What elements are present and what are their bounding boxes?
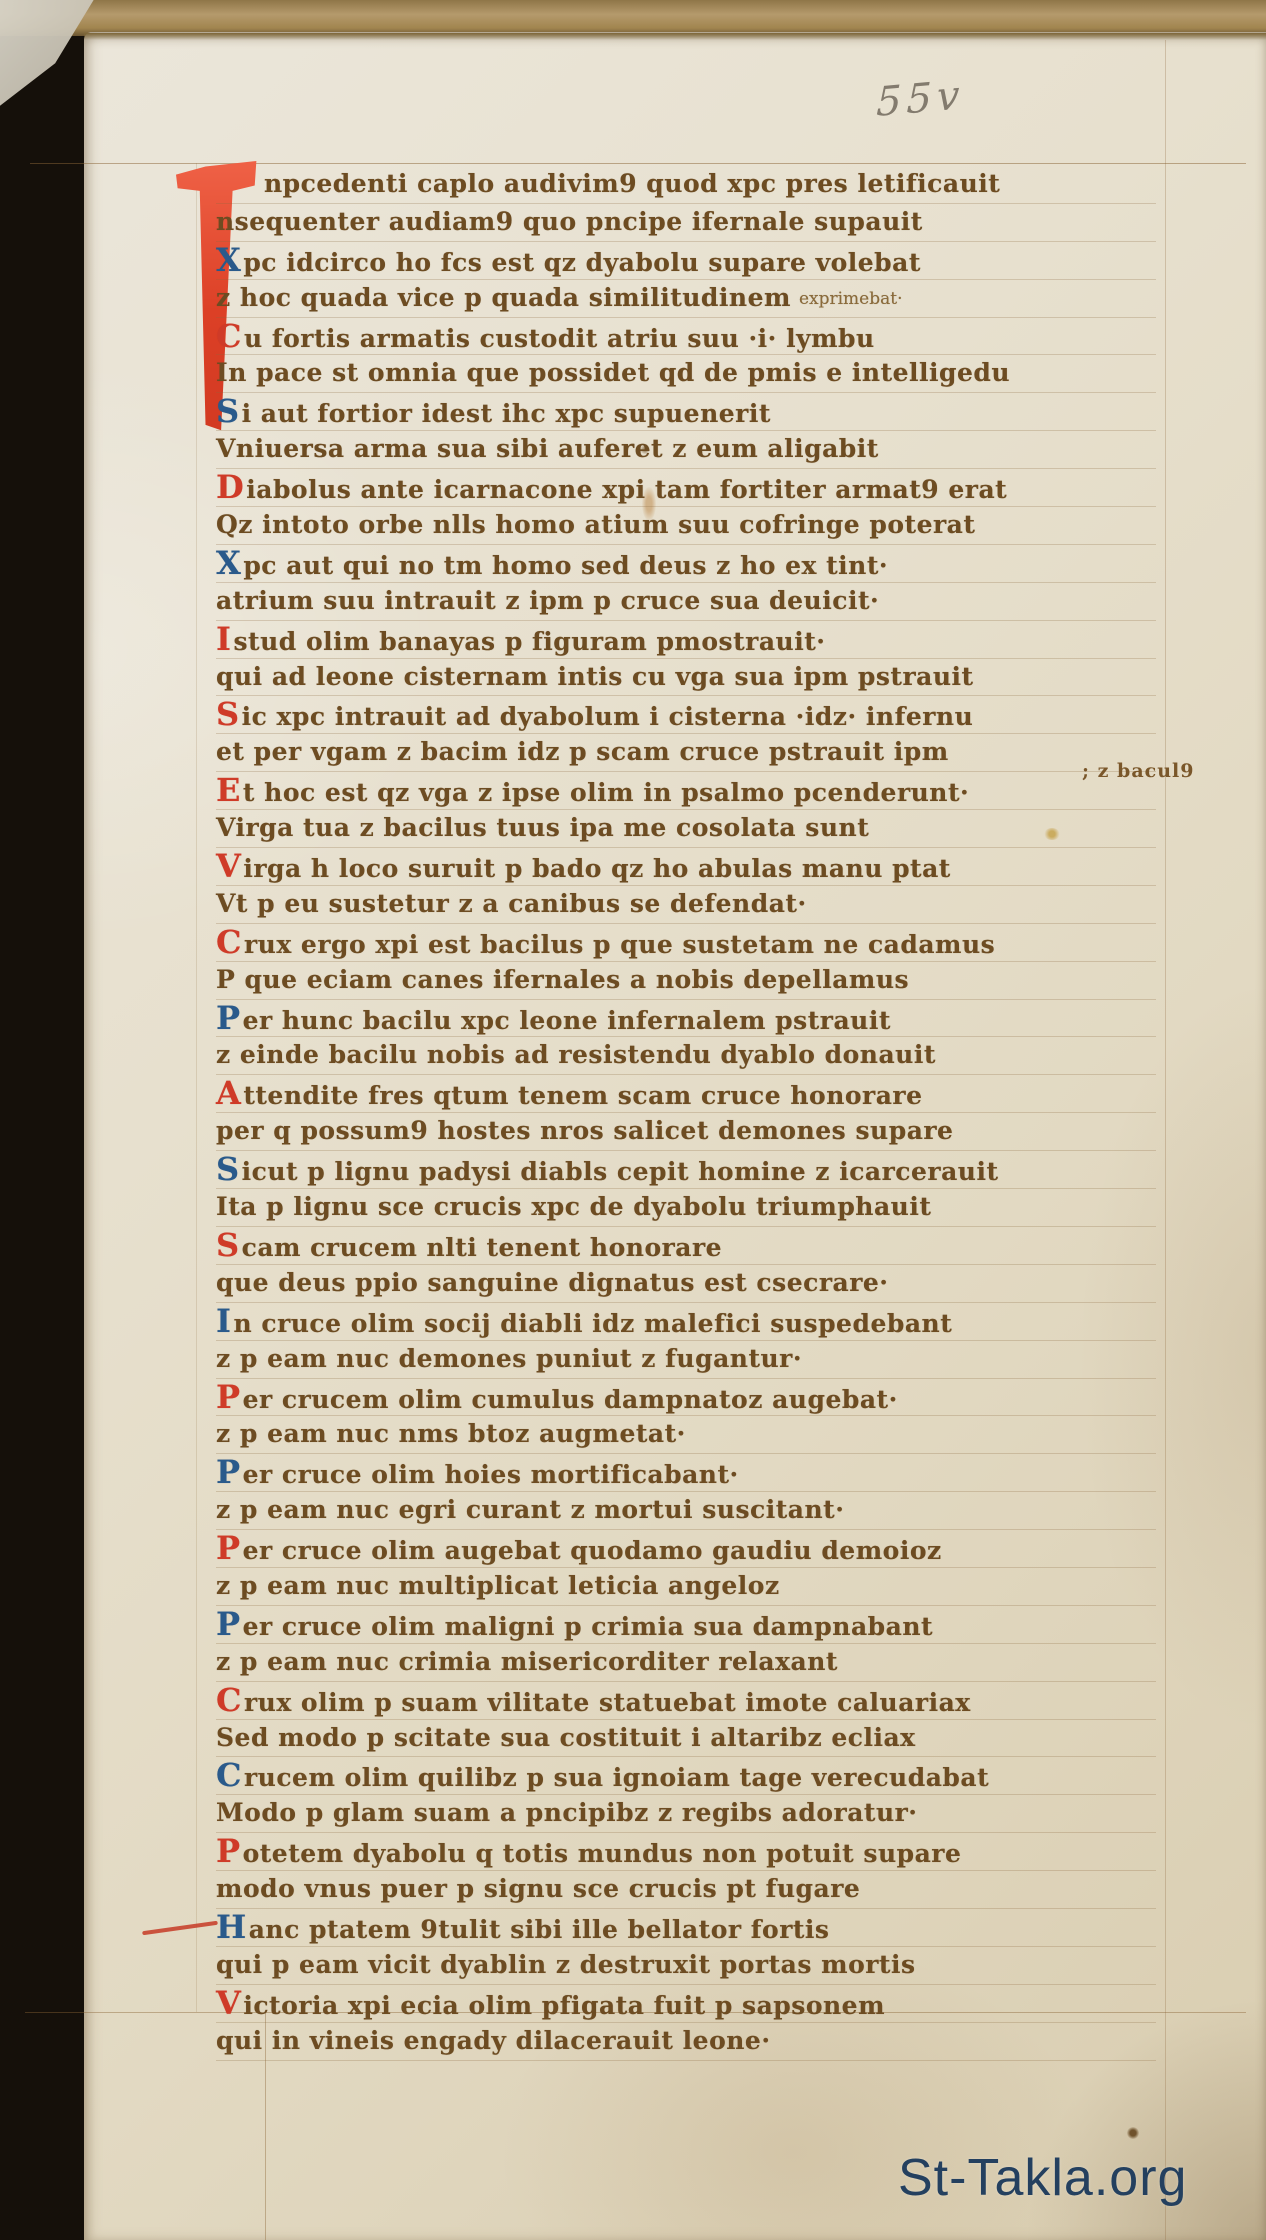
red-initial-letter: E xyxy=(216,771,241,809)
line-text: qui in vineis engady dilacerauit leone· xyxy=(216,2026,771,2055)
blue-initial-letter: C xyxy=(216,1756,242,1794)
manuscript-line: Victoria xpi ecia olim pfigata fuit p sa… xyxy=(216,1985,1156,2023)
manuscript-line: z p eam nuc nms btoz augmetat· xyxy=(216,1416,1156,1454)
manuscript-line: P que eciam canes ifernales a nobis depe… xyxy=(216,962,1156,1000)
red-initial-letter: C xyxy=(216,317,242,355)
manuscript-line: qui in vineis engady dilacerauit leone· xyxy=(216,2023,1156,2061)
line-text: P que eciam canes ifernales a nobis depe… xyxy=(216,965,909,994)
line-text: i aut fortior idest ihc xpc supuenerit xyxy=(242,399,771,428)
red-initial-letter: P xyxy=(216,1832,241,1870)
blue-initial-letter: H xyxy=(216,1908,247,1946)
manuscript-line: z p eam nuc egri curant z mortui suscita… xyxy=(216,1492,1156,1530)
manuscript-line: modo vnus puer p signu sce crucis pt fug… xyxy=(216,1871,1156,1909)
line-text: z p eam nuc nms btoz augmetat· xyxy=(216,1419,686,1448)
manuscript-line: z hoc quada vice p quada similitudinemex… xyxy=(216,280,1156,318)
manuscript-line: Vt p eu sustetur z a canibus se defendat… xyxy=(216,886,1156,924)
manuscript-line: z einde bacilu nobis ad resistendu dyabl… xyxy=(216,1037,1156,1075)
line-text: cam crucem nlti tenent honorare xyxy=(242,1233,722,1262)
manuscript-line: Sicut p lignu padysi diabls cepit homine… xyxy=(216,1151,1156,1189)
line-text: nsequenter audiam9 quo pncipe ifernale s… xyxy=(216,207,923,236)
manuscript-line: Crux ergo xpi est bacilus p que sustetam… xyxy=(216,924,1156,962)
text-block: npcedenti caplo audivim9 quod xpc pres l… xyxy=(216,166,1156,2061)
manuscript-line: Ita p lignu sce crucis xpc de dyabolu tr… xyxy=(216,1189,1156,1227)
blue-initial-letter: S xyxy=(216,392,240,430)
manuscript-line: Per crucem olim cumulus dampnatoz augeba… xyxy=(216,1379,1156,1417)
manuscript-line: z p eam nuc demones puniut z fugantur· xyxy=(216,1341,1156,1379)
line-text: iabolus ante icarnacone xpi tam fortiter… xyxy=(246,475,1007,504)
ruling-line-left-vertical xyxy=(196,163,197,2012)
line-text: In pace st omnia que possidet qd de pmis… xyxy=(216,358,1010,387)
folio-number: 55v xyxy=(876,72,965,126)
line-text: Ita p lignu sce crucis xpc de dyabolu tr… xyxy=(216,1192,931,1221)
line-text: pc aut qui no tm homo sed deus z ho ex t… xyxy=(243,551,888,580)
manuscript-line: Qz intoto orbe nlls homo atium suu cofri… xyxy=(216,507,1156,545)
line-text: z p eam nuc egri curant z mortui suscita… xyxy=(216,1495,844,1524)
manuscript-line: Xpc aut qui no tm homo sed deus z ho ex … xyxy=(216,545,1156,583)
line-text: Virga tua z bacilus tuus ipa me cosolata… xyxy=(216,813,869,842)
line-text: rux ergo xpi est bacilus p que sustetam … xyxy=(244,930,995,959)
book-spine-page-edges xyxy=(0,0,96,2240)
watermark-text: St-Takla.org xyxy=(898,2148,1187,2208)
manuscript-line: Crux olim p suam vilitate statuebat imot… xyxy=(216,1682,1156,1720)
line-text: rucem olim quilibz p sua ignoiam tage ve… xyxy=(244,1763,989,1792)
manuscript-line: Crucem olim quilibz p sua ignoiam tage v… xyxy=(216,1757,1156,1795)
manuscript-line: qui p eam vicit dyablin z destruxit port… xyxy=(216,1947,1156,1985)
page-top-edge-shadow xyxy=(84,33,1266,40)
manuscript-line: Diabolus ante icarnacone xpi tam fortite… xyxy=(216,469,1156,507)
manuscript-line: Potetem dyabolu q totis mundus non potui… xyxy=(216,1833,1156,1871)
parchment-stain xyxy=(1127,2127,1139,2139)
blue-initial-letter: P xyxy=(216,1605,241,1643)
line-text: anc ptatem 9tulit sibi ille bellator for… xyxy=(249,1915,830,1944)
line-text: z p eam nuc demones puniut z fugantur· xyxy=(216,1344,802,1373)
line-text: ic xpc intrauit ad dyabolum i cisterna ·… xyxy=(242,702,974,731)
line-text: qui ad leone cisternam intis cu vga sua … xyxy=(216,662,974,691)
manuscript-line: et per vgam z bacim idz p scam cruce pst… xyxy=(216,734,1156,772)
red-initial-letter: D xyxy=(216,468,244,506)
line-text: irga h loco suruit p bado qz ho abulas m… xyxy=(243,854,951,883)
line-text: u fortis armatis custodit atriu suu ·i· … xyxy=(244,324,875,353)
line-text: z hoc quada vice p quada similitudinem xyxy=(216,283,791,312)
manuscript-line: Scam crucem nlti tenent honorare xyxy=(216,1227,1156,1265)
red-initial-letter: P xyxy=(216,1378,241,1416)
manuscript-line: Modo p glam suam a pncipibz z regibs ado… xyxy=(216,1795,1156,1833)
ruling-line-right-vertical xyxy=(1165,40,1166,2240)
manuscript-line: Et hoc est qz vga z ipse olim in psalmo … xyxy=(216,772,1156,810)
line-text: per q possum9 hostes nros salicet demone… xyxy=(216,1116,953,1145)
manuscript-line: Per cruce olim augebat quodamo gaudiu de… xyxy=(216,1530,1156,1568)
line-text: er cruce olim hoies mortificabant· xyxy=(243,1460,739,1489)
line-tail-gloss: exprimebat· xyxy=(799,289,903,309)
blue-initial-letter: X xyxy=(216,544,241,582)
line-text: et per vgam z bacim idz p scam cruce pst… xyxy=(216,737,949,766)
line-text: stud olim banayas p figuram pmostrauit· xyxy=(233,627,825,656)
manuscript-line: atrium suu intrauit z ipm p cruce sua de… xyxy=(216,583,1156,621)
line-text: z einde bacilu nobis ad resistendu dyabl… xyxy=(216,1040,936,1069)
manuscript-line: Cu fortis armatis custodit atriu suu ·i·… xyxy=(216,318,1156,356)
blue-initial-letter: I xyxy=(216,1302,231,1340)
line-text: otetem dyabolu q totis mundus non potuit… xyxy=(243,1839,962,1868)
manuscript-line: qui ad leone cisternam intis cu vga sua … xyxy=(216,659,1156,697)
line-text: n cruce olim socij diabli idz malefici s… xyxy=(233,1309,952,1338)
manuscript-line: Istud olim banayas p figuram pmostrauit· xyxy=(216,621,1156,659)
line-text: t hoc est qz vga z ipse olim in psalmo p… xyxy=(243,778,969,807)
manuscript-line: Si aut fortior idest ihc xpc supuenerit xyxy=(216,393,1156,431)
line-text: pc idcirco ho fcs est qz dyabolu supare … xyxy=(243,248,921,277)
line-text: icut p lignu padysi diabls cepit homine … xyxy=(242,1157,999,1186)
line-text: er hunc bacilu xpc leone infernalem pstr… xyxy=(243,1006,891,1035)
blue-initial-letter: X xyxy=(216,241,241,279)
line-text: z p eam nuc multiplicat leticia angeloz xyxy=(216,1571,780,1600)
manuscript-line: Virga tua z bacilus tuus ipa me cosolata… xyxy=(216,810,1156,848)
line-text: Vniuersa arma sua sibi auferet z eum ali… xyxy=(216,434,879,463)
line-text: que deus ppio sanguine dignatus est csec… xyxy=(216,1268,888,1297)
line-text: rux olim p suam vilitate statuebat imote… xyxy=(244,1688,971,1717)
manuscript-line: npcedenti caplo audivim9 quod xpc pres l… xyxy=(216,166,1156,204)
line-text: z p eam nuc crimia misericorditer relaxa… xyxy=(216,1647,838,1676)
red-initial-letter: I xyxy=(216,620,231,658)
manuscript-line: Sic xpc intrauit ad dyabolum i cisterna … xyxy=(216,696,1156,734)
line-text: npcedenti caplo audivim9 quod xpc pres l… xyxy=(264,169,1000,198)
line-text: ttendite fres qtum tenem scam cruce hono… xyxy=(243,1081,922,1110)
blue-initial-letter: S xyxy=(216,1150,240,1188)
manuscript-line: per q possum9 hostes nros salicet demone… xyxy=(216,1113,1156,1151)
manuscript-line: Attendite fres qtum tenem scam cruce hon… xyxy=(216,1075,1156,1113)
red-initial-letter: A xyxy=(216,1074,241,1112)
manuscript-line: Xpc idcirco ho fcs est qz dyabolu supare… xyxy=(216,242,1156,280)
manuscript-line: Per cruce olim hoies mortificabant· xyxy=(216,1454,1156,1492)
line-text: er cruce olim augebat quodamo gaudiu dem… xyxy=(243,1536,942,1565)
line-text: atrium suu intrauit z ipm p cruce sua de… xyxy=(216,586,879,615)
line-text: modo vnus puer p signu sce crucis pt fug… xyxy=(216,1874,860,1903)
red-initial-letter: S xyxy=(216,1226,240,1264)
line-text: qui p eam vicit dyablin z destruxit port… xyxy=(216,1950,916,1979)
manuscript-photo: npcedenti caplo audivim9 quod xpc pres l… xyxy=(0,0,1266,2240)
line-text: Qz intoto orbe nlls homo atium suu cofri… xyxy=(216,510,975,539)
manuscript-line: Per cruce olim maligni p crimia sua damp… xyxy=(216,1606,1156,1644)
manuscript-line: Vniuersa arma sua sibi auferet z eum ali… xyxy=(216,431,1156,469)
manuscript-line: z p eam nuc crimia misericorditer relaxa… xyxy=(216,1644,1156,1682)
red-initial-letter: C xyxy=(216,923,242,961)
manuscript-line: z p eam nuc multiplicat leticia angeloz xyxy=(216,1568,1156,1606)
book-top-cover-edge xyxy=(0,0,1266,36)
manuscript-line: Hanc ptatem 9tulit sibi ille bellator fo… xyxy=(216,1909,1156,1947)
red-initial-letter: P xyxy=(216,1529,241,1567)
ruling-line-top xyxy=(30,163,1246,164)
blue-initial-letter: P xyxy=(216,1453,241,1491)
line-text: er cruce olim maligni p crimia sua dampn… xyxy=(243,1612,933,1641)
red-initial-letter: V xyxy=(216,847,241,885)
manuscript-line: nsequenter audiam9 quo pncipe ifernale s… xyxy=(216,204,1156,242)
manuscript-line: In pace st omnia que possidet qd de pmis… xyxy=(216,355,1156,393)
line-text: ictoria xpi ecia olim pfigata fuit p sap… xyxy=(243,1991,885,2020)
manuscript-line: que deus ppio sanguine dignatus est csec… xyxy=(216,1265,1156,1303)
manuscript-line: Virga h loco suruit p bado qz ho abulas … xyxy=(216,848,1156,886)
margin-note: ; z bacul9 xyxy=(1082,760,1194,782)
red-initial-letter: S xyxy=(216,695,240,733)
red-initial-letter: C xyxy=(216,1681,242,1719)
manuscript-line: Per hunc bacilu xpc leone infernalem pst… xyxy=(216,1000,1156,1038)
line-text: Sed modo p scitate sua costituit i altar… xyxy=(216,1723,916,1752)
manuscript-line: In cruce olim socij diabli idz malefici … xyxy=(216,1303,1156,1341)
manuscript-line: Sed modo p scitate sua costituit i altar… xyxy=(216,1720,1156,1758)
line-text: Vt p eu sustetur z a canibus se defendat… xyxy=(216,889,807,918)
line-text: er crucem olim cumulus dampnatoz augebat… xyxy=(243,1385,898,1414)
blue-initial-letter: P xyxy=(216,999,241,1037)
line-text: Modo p glam suam a pncipibz z regibs ado… xyxy=(216,1798,918,1827)
red-initial-letter: V xyxy=(216,1984,241,2022)
